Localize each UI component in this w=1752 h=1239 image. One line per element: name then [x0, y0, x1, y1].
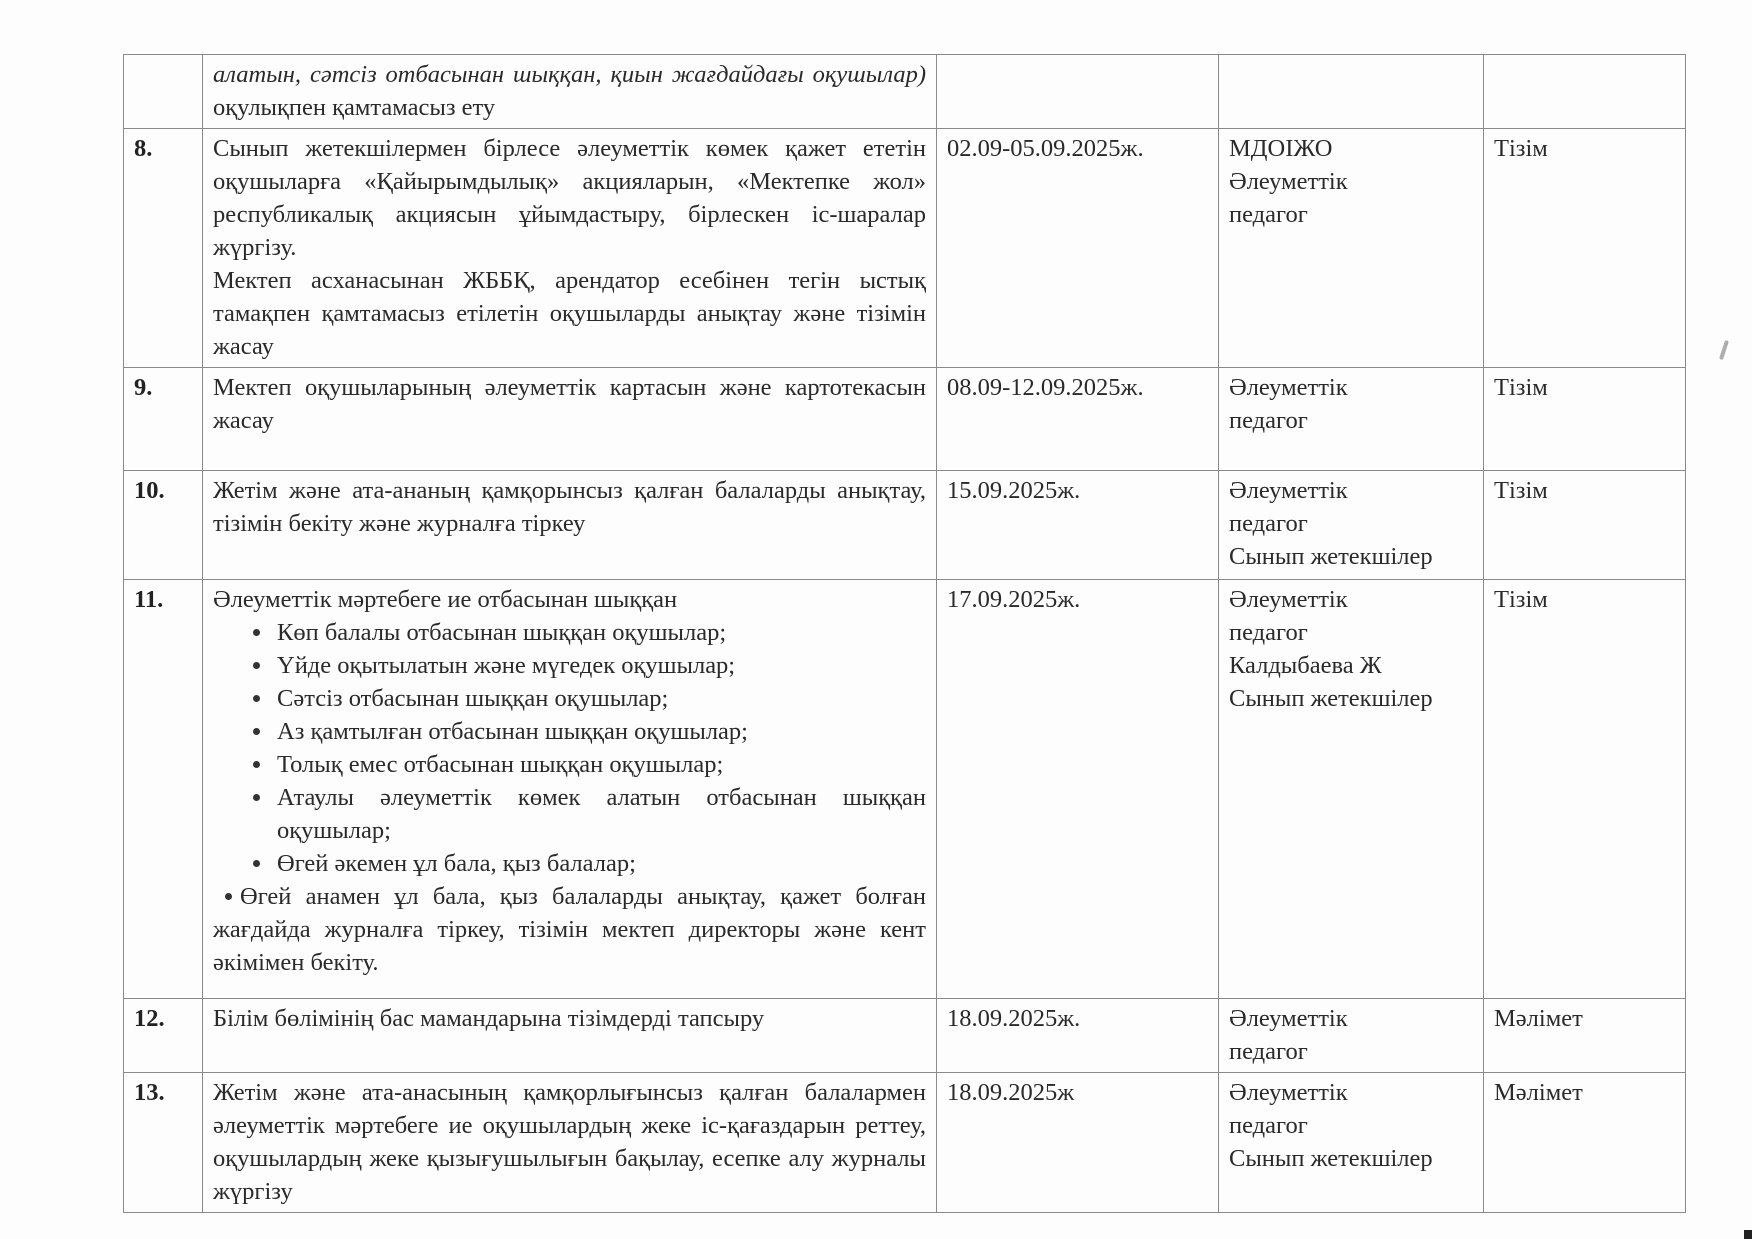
responsible-cell [1219, 55, 1484, 129]
row-number: 8. [124, 129, 203, 368]
responsible-cell: Әлеуметтік педагог [1219, 368, 1484, 471]
activity-cell: Әлеуметтік мәртебеге ие отбасынан шыққан… [203, 580, 937, 999]
row-number [124, 55, 203, 129]
result-cell: Тізім [1484, 471, 1686, 580]
date-cell: 17.09.2025ж. [937, 580, 1219, 999]
activity-paragraph: Сынып жетекшілермен бірлесе әлеуметтік к… [213, 132, 926, 264]
list-item: Толық емес отбасынан шыққан оқушылар; [253, 748, 926, 781]
responsible-line: педагог [1229, 507, 1473, 540]
activity-text: Жетім және ата-анасының қамқорлығынсыз қ… [213, 1076, 926, 1208]
activity-italic-text: алатын, сәтсіз отбасынан шыққан, қиын жа… [213, 61, 926, 88]
list-item: Үйде оқытылатын және мүгедек оқушылар; [253, 649, 926, 682]
responsible-line: Әлеуметтік [1229, 1002, 1473, 1035]
table-row: 13. Жетім және ата-анасының қамқорлығынс… [124, 1073, 1686, 1213]
responsible-cell: МДОІЖО Әлеуметтік педагог [1219, 129, 1484, 368]
activity-text: Мектеп оқушыларының әлеуметтік картасын … [213, 371, 926, 437]
row-number: 10. [124, 471, 203, 580]
activity-cell: Білім бөлімінің бас мамандарына тізімдер… [203, 999, 937, 1073]
scan-artifact [1719, 340, 1729, 360]
activity-paragraph: Мектеп асханасынан ЖББҚ, арендатор есебі… [213, 264, 926, 363]
table-row: 11. Әлеуметтік мәртебеге ие отбасынан шы… [124, 580, 1686, 999]
category-list: Көп балалы отбасынан шыққан оқушылар; Үй… [213, 616, 926, 979]
responsible-line: МДОІЖО [1229, 132, 1473, 165]
result-cell: Мәлімет [1484, 1073, 1686, 1213]
responsible-line: педагог [1229, 1035, 1473, 1068]
activity-cell: алатын, сәтсіз отбасынан шыққан, қиын жа… [203, 55, 937, 129]
activity-cell: Жетім және ата-ананың қамқорынсыз қалған… [203, 471, 937, 580]
activity-intro: Әлеуметтік мәртебеге ие отбасынан шыққан [213, 583, 926, 616]
list-item: Сәтсіз отбасынан шыққан оқушылар; [253, 682, 926, 715]
date-cell: 18.09.2025ж [937, 1073, 1219, 1213]
table-row: алатын, сәтсіз отбасынан шыққан, қиын жа… [124, 55, 1686, 129]
responsible-cell: Әлеуметтік педагог Сынып жетекшілер [1219, 471, 1484, 580]
result-cell [1484, 55, 1686, 129]
responsible-line: Әлеуметтік [1229, 371, 1473, 404]
table-row: 12. Білім бөлімінің бас мамандарына тізі… [124, 999, 1686, 1073]
table-row: 8. Сынып жетекшілермен бірлесе әлеуметті… [124, 129, 1686, 368]
responsible-line: Әлеуметтік [1229, 583, 1473, 616]
responsible-line: педагог [1229, 404, 1473, 437]
activity-text: Білім бөлімінің бас мамандарына тізімдер… [213, 1002, 926, 1035]
activity-text: Жетім және ата-ананың қамқорынсыз қалған… [213, 474, 926, 540]
responsible-line: Сынып жетекшілер [1229, 682, 1473, 715]
table-row: 9. Мектеп оқушыларының әлеуметтік картас… [124, 368, 1686, 471]
row-number: 12. [124, 999, 203, 1073]
date-cell [937, 55, 1219, 129]
result-cell: Мәлімет [1484, 999, 1686, 1073]
activity-cell: Мектеп оқушыларының әлеуметтік картасын … [203, 368, 937, 471]
row-number: 11. [124, 580, 203, 999]
activity-cell: Жетім және ата-анасының қамқорлығынсыз қ… [203, 1073, 937, 1213]
result-cell: Тізім [1484, 580, 1686, 999]
responsible-line: Калдыбаева Ж [1229, 649, 1473, 682]
activity-text: оқулықпен қамтамасыз ету [213, 94, 495, 121]
table-row: 10. Жетім және ата-ананың қамқорынсыз қа… [124, 471, 1686, 580]
bullet-icon [225, 893, 232, 900]
responsible-line: педагог [1229, 1109, 1473, 1142]
responsible-line: Әлеуметтік [1229, 165, 1473, 198]
result-cell: Тізім [1484, 129, 1686, 368]
date-cell: 15.09.2025ж. [937, 471, 1219, 580]
result-cell: Тізім [1484, 368, 1686, 471]
row-number: 9. [124, 368, 203, 471]
responsible-line: педагог [1229, 616, 1473, 649]
scan-artifact [1744, 1230, 1752, 1239]
responsible-line: Әлеуметтік [1229, 474, 1473, 507]
row-number: 13. [124, 1073, 203, 1213]
date-cell: 18.09.2025ж. [937, 999, 1219, 1073]
date-cell: 08.09-12.09.2025ж. [937, 368, 1219, 471]
responsible-line: Әлеуметтік [1229, 1076, 1473, 1109]
responsible-cell: Әлеуметтік педагог [1219, 999, 1484, 1073]
responsible-cell: Әлеуметтік педагог Сынып жетекшілер [1219, 1073, 1484, 1213]
responsible-cell: Әлеуметтік педагог Калдыбаева Ж Сынып же… [1219, 580, 1484, 999]
list-item: Өгей анамен ұл бала, қыз балаларды анықт… [213, 880, 926, 979]
responsible-line: Сынып жетекшілер [1229, 1142, 1473, 1175]
responsible-line: Сынып жетекшілер [1229, 540, 1473, 573]
activity-plan-table: алатын, сәтсіз отбасынан шыққан, қиын жа… [123, 54, 1686, 1213]
list-item-text: Өгей анамен ұл бала, қыз балаларды анықт… [213, 883, 926, 976]
date-cell: 02.09-05.09.2025ж. [937, 129, 1219, 368]
activity-cell: Сынып жетекшілермен бірлесе әлеуметтік к… [203, 129, 937, 368]
list-item: Көп балалы отбасынан шыққан оқушылар; [253, 616, 926, 649]
responsible-line: педагог [1229, 198, 1473, 231]
list-item: Өгей әкемен ұл бала, қыз балалар; [253, 847, 926, 880]
list-item: Атаулы әлеуметтік көмек алатын отбасынан… [253, 781, 926, 847]
list-item: Аз қамтылған отбасынан шыққан оқушылар; [253, 715, 926, 748]
